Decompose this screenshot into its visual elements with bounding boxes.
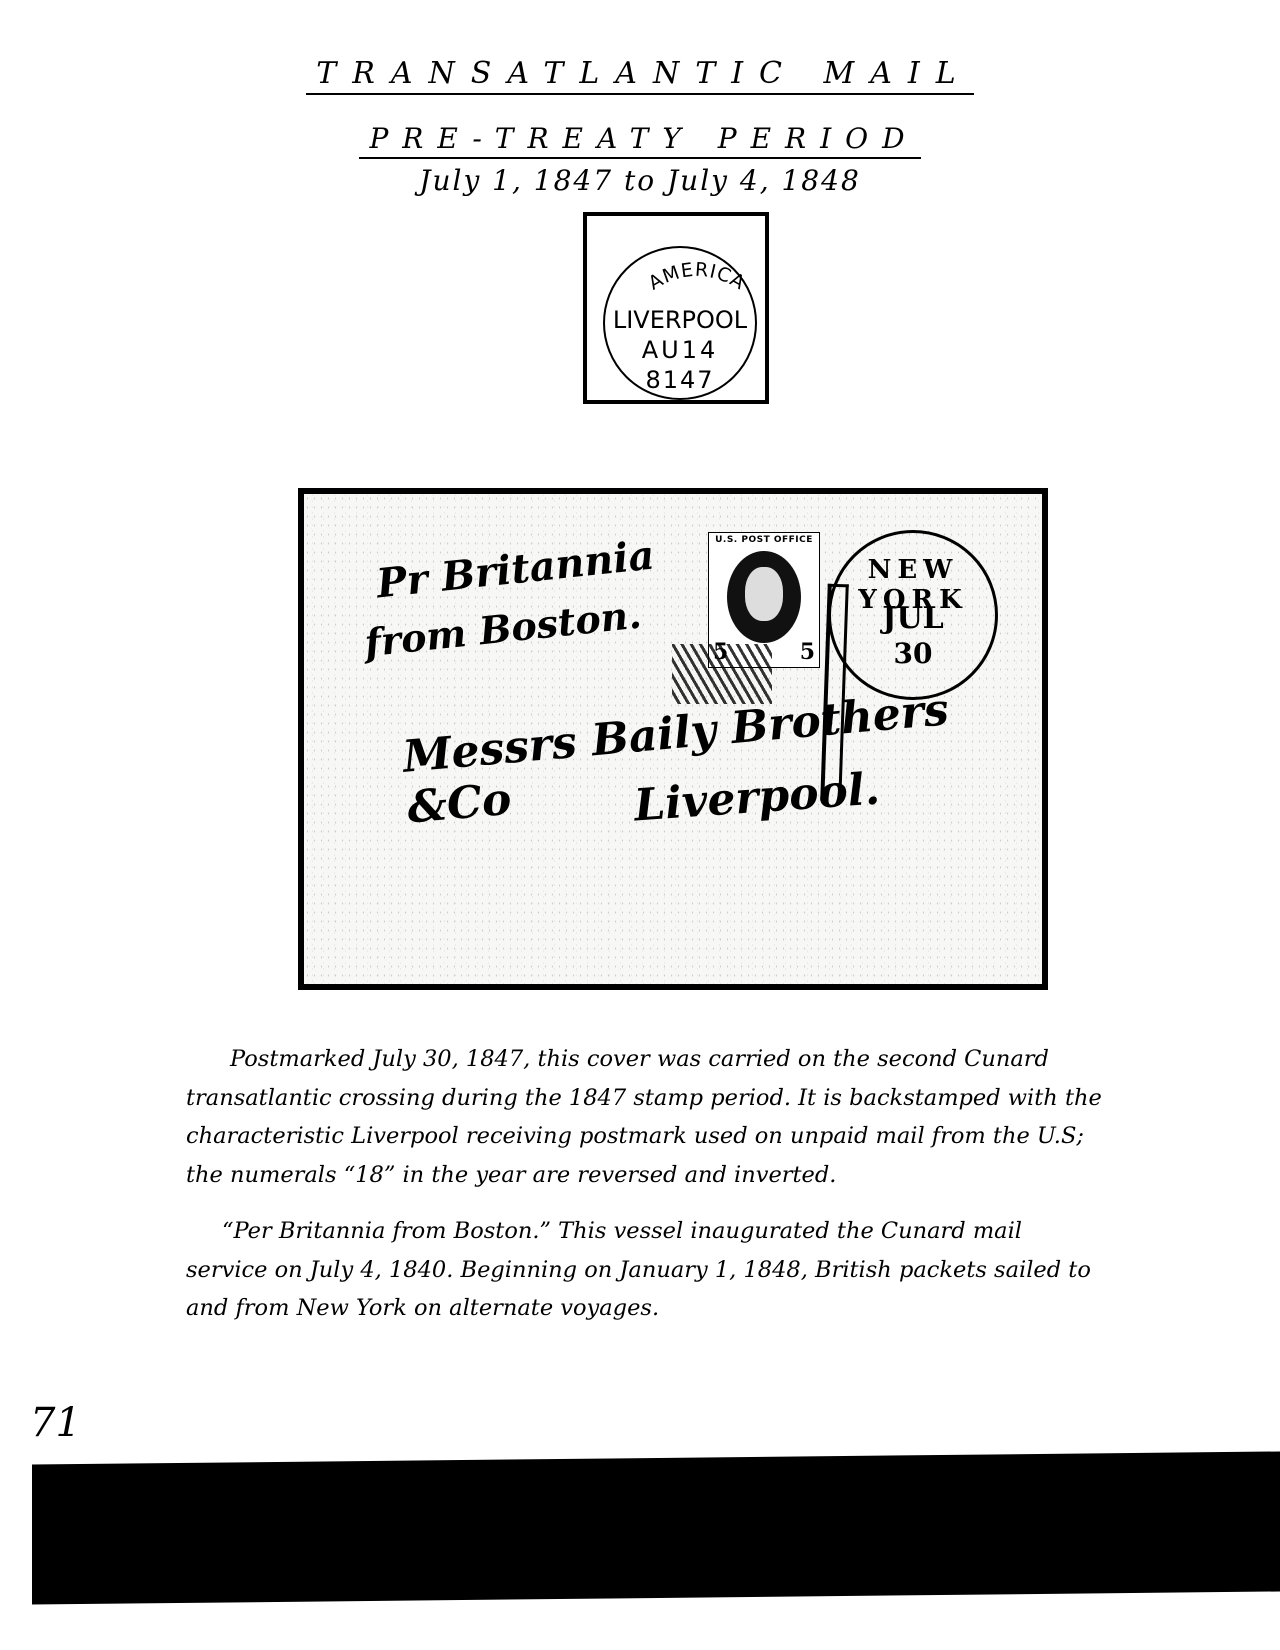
postmark-date: AU14	[605, 336, 755, 364]
page-subtitle: PRE-TREATY PERIOD	[0, 122, 1280, 155]
stamp-portrait-oval	[727, 551, 801, 643]
franklin-portrait-icon	[745, 567, 783, 621]
postmark-circle: AMERICA LIVERPOOL AU14 8147	[603, 246, 757, 400]
page-subtitle-text: PRE-TREATY PERIOD	[359, 122, 920, 159]
date-range: July 1, 1847 to July 4, 1848	[0, 164, 1280, 197]
ny-postmark-month: JUL	[831, 601, 995, 636]
svg-text:AMERICA: AMERICA	[645, 259, 750, 295]
page-number: 71	[30, 1400, 81, 1446]
description-text: Postmarked July 30, 1847, this cover was…	[186, 1040, 1106, 1346]
postmark-year: 8147	[605, 366, 755, 394]
grid-cancel-mark	[672, 644, 772, 704]
ny-postmark-day: 30	[831, 637, 995, 670]
postmark-arc-icon: AMERICA	[635, 258, 759, 300]
stamp-cover-image: Pr Britannia from Boston. U.S. POST OFFI…	[298, 488, 1048, 990]
scan-edge-bar	[32, 1451, 1280, 1604]
page-title: TRANSATLANTIC MAIL	[0, 56, 1280, 91]
stamp-value-right: 5	[800, 639, 815, 665]
postmark-arc-text: AMERICA	[645, 259, 750, 295]
description-paragraph-2: “Per Britannia from Boston.” This vessel…	[186, 1212, 1106, 1328]
new-york-postmark: NEW YORK JUL 30	[828, 530, 998, 700]
description-paragraph-1: Postmarked July 30, 1847, this cover was…	[186, 1040, 1106, 1194]
liverpool-postmark-illustration: AMERICA LIVERPOOL AU14 8147	[583, 212, 769, 404]
stamp-top-text: U.S. POST OFFICE	[709, 535, 819, 545]
page-title-text: TRANSATLANTIC MAIL	[306, 56, 973, 95]
postmark-city: LIVERPOOL	[605, 306, 755, 334]
